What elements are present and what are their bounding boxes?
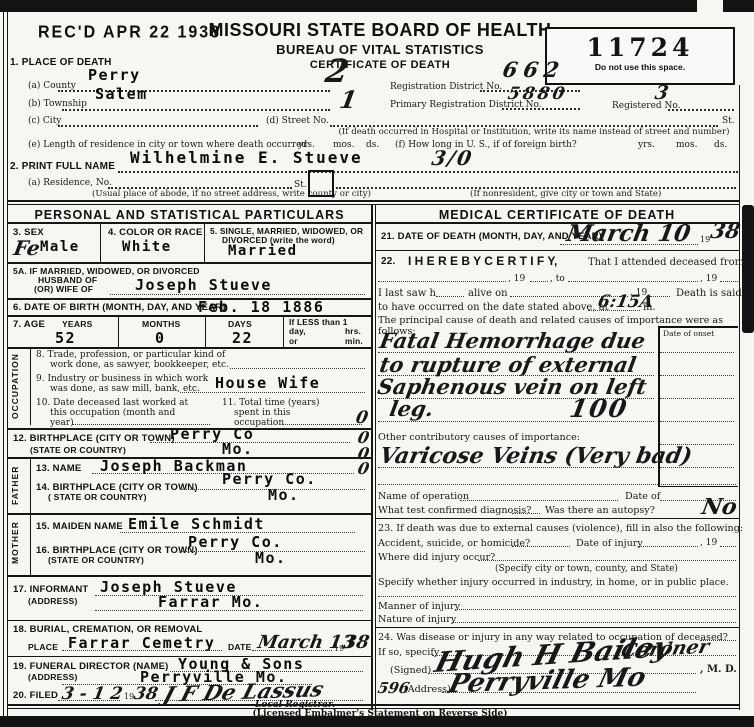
row5-rule (8, 262, 371, 264)
yrs2-label: yrs. (638, 140, 655, 150)
occ-row11-dotline (282, 424, 362, 425)
mother-side-label: MOTHER (10, 515, 28, 571)
mother-strip-divider (30, 513, 31, 575)
test-dotline (512, 513, 540, 514)
age-days-value: 22 (232, 329, 253, 347)
nature-dotline (452, 622, 736, 623)
father-strip-divider (30, 457, 31, 513)
township-dotline (62, 109, 330, 111)
m-label: m. (643, 302, 656, 313)
autopsy-label: Was there an autopsy? (545, 505, 655, 516)
certify-dotline-3 (568, 281, 698, 282)
header-separator-2 (8, 204, 739, 205)
dod-year-value: 38 (709, 218, 743, 243)
certify-dotline-1 (378, 281, 506, 282)
certify-dotline-4 (720, 281, 738, 282)
occ-row9-line2: was done, as saw mill, bank, etc. (50, 384, 200, 394)
accident-label: Accident, suicide, or homicide? (378, 538, 530, 549)
right-border (739, 85, 740, 710)
age-label: 7. AGE (13, 319, 45, 330)
informant-addr-value: Farrar Mo. (158, 593, 263, 611)
burial-place-label: PLACE (28, 642, 58, 652)
street-st-label: St. (722, 116, 735, 126)
q23-label: 23. If death was due to external causes … (378, 523, 743, 534)
bottom-rule-1 (8, 704, 739, 706)
injury-separator-dotline (378, 596, 736, 597)
primary-district-value: 5880 (506, 84, 569, 104)
last-saw-text: I last saw h (378, 288, 436, 299)
specify-city-note: (Specify city or town, county, and State… (495, 564, 678, 574)
name-dotline (118, 171, 738, 173)
certify-bold-text: I H E R E B Y C E R T I F Y, (408, 254, 557, 268)
certificate-number: 11724 (547, 33, 733, 62)
occ-row9-dotline (180, 392, 365, 393)
date-of-death-value: March 10 (565, 220, 693, 247)
occ-row10-line2: this occupation (month and (50, 408, 175, 418)
scan-edge-artifact (742, 205, 754, 333)
less-min-label: min. (345, 336, 363, 346)
race-marital-divider (204, 222, 205, 262)
operation-date-label: Date of (625, 491, 660, 502)
filed-year-value: 38 (132, 684, 159, 704)
primary-district-dotline (502, 108, 580, 110)
operation-dotline (460, 500, 618, 501)
mother-bp-state-label: (STATE OR COUNTRY) (48, 555, 144, 565)
township-value: Salem (95, 85, 148, 103)
sex-typed-value: Male (40, 239, 80, 255)
injury-date-label: Date of injury (576, 538, 643, 549)
death-certificate-scan: REC'D APR 22 1938 MISSOURI STATE BOARD O… (0, 0, 754, 727)
certify-19a: , 19 (508, 274, 525, 284)
occ-row8-line2: work done, as sawyer, bookkeeper, etc. (50, 360, 229, 370)
physician-address-value: Perryville Mo (445, 663, 649, 700)
father-bp-state-value: Mo. (268, 486, 300, 504)
embalmer-note: (Licensed Embalmer's Statement on Revers… (180, 709, 580, 719)
contributory-dotline-2 (378, 484, 736, 485)
occurred-text: to have occurred on the date stated abov… (378, 302, 609, 313)
street-label: (d) Street No. (266, 116, 329, 126)
ds1-label: ds. (366, 140, 379, 150)
onset-dotline-1 (660, 352, 734, 353)
where-injury-label: Where did injury occur? (378, 552, 495, 563)
autopsy-rule (376, 518, 739, 519)
months-label: MONTHS (142, 319, 180, 329)
township-label: (b) Township (28, 99, 87, 109)
age-div-2 (205, 315, 206, 347)
abode-note: (Usual place of abode, if no street addr… (92, 189, 371, 199)
occ-row11-line2: spent in this (234, 408, 290, 418)
hospital-note: (If death occurred in Hospital or Instit… (330, 127, 738, 137)
nonresident-note: (If nonresident, give city or town and S… (470, 189, 661, 199)
occurred-dotline (588, 310, 640, 311)
occ-row8-dotline (230, 368, 365, 369)
scan-top-band (0, 0, 754, 12)
nature-label: Nature of injury (378, 614, 456, 625)
cause-line-4: leg. (388, 396, 436, 421)
sex-race-divider (100, 222, 101, 262)
certify-dotline-2 (530, 281, 548, 282)
m5a-wife-label: (OR) WIFE OF (34, 284, 93, 294)
mos2-label: mos. (676, 140, 697, 150)
marital-value: Married (228, 243, 298, 259)
manner-dotline (455, 609, 736, 610)
informant-addr-label: (ADDRESS) (28, 596, 78, 606)
occ-row10-line3: year) (50, 418, 74, 428)
county-value: Perry (88, 66, 141, 84)
age-div-3 (283, 315, 284, 347)
fd-addr-label: (ADDRESS) (28, 672, 78, 682)
do-not-use-note: Do not use this space. (547, 62, 733, 72)
header-separator-1 (8, 200, 739, 202)
dob-label: 6. DATE OF BIRTH (MONTH, DAY, AND YEAR) (13, 302, 226, 313)
test-label: What test confirmed diagnosis? (378, 505, 531, 516)
occ-row11-line1: 11. Total time (years) (222, 398, 320, 408)
certify-rest-text: That I attended deceased from (588, 257, 744, 268)
ds2-label: ds. (714, 140, 727, 150)
injury-date-dotline (638, 546, 698, 547)
date-of-onset-label: Date of onset (663, 329, 714, 338)
mother-bp-state-value: Mo. (255, 549, 287, 567)
manner-label: Manner of injury (378, 601, 460, 612)
filed-dotline-1 (58, 700, 120, 701)
occ-row8-line1: 8. Trade, profession, or particular kind… (36, 350, 225, 360)
contributory-value: Varicose Veins (Very bad) (378, 443, 694, 469)
left-border-outer (3, 12, 4, 716)
signed-label: (Signed) (390, 665, 431, 676)
registered-no-dotline (668, 109, 734, 111)
dod-rule (376, 250, 739, 251)
mother-name-label: 15. MAIDEN NAME (36, 521, 123, 532)
injury-19-dotline (720, 546, 736, 547)
board-title: MISSOURI STATE BOARD OF HEALTH (190, 20, 570, 41)
city-dotline (58, 125, 258, 127)
burial-year-value: 38 (342, 632, 371, 653)
onset-dotline-3 (660, 398, 734, 399)
contributory-dotline-1 (378, 467, 654, 468)
father-bp-state-label: ( STATE OR COUNTRY) (48, 492, 147, 502)
age-div-1 (118, 315, 119, 347)
filed-date-value: 3 - 1 2 (60, 684, 124, 704)
years-label: YEARS (62, 319, 93, 329)
certify-to: , to (550, 274, 565, 284)
age-months-value: 0 (155, 329, 166, 347)
dob-value: Feb. 18 1886 (198, 298, 324, 316)
occupation-value: House Wife (215, 374, 320, 392)
if-so-label: If so, specify (378, 647, 439, 658)
injury-19-label: , 19 (700, 538, 717, 548)
cause-percent-value: 100 (567, 394, 630, 423)
injury-rule (376, 627, 739, 628)
spouse-value: Joseph Stueve (135, 276, 272, 294)
foreign-birth-label: (f) How long in U. S., if of foreign bir… (395, 140, 577, 150)
registration-district-value: 662 (501, 57, 567, 82)
specify-whether-label: Specify whether injury occurred in indus… (378, 577, 729, 588)
scan-top-notch (697, 0, 723, 12)
column-divider-2 (375, 205, 376, 710)
certificate-number-box: 11724 Do not use this space. (545, 27, 735, 85)
race-value: White (122, 239, 172, 255)
informant-label: 17. INFORMANT (13, 584, 88, 595)
less-or-label: or (289, 336, 298, 346)
father-side-label: FATHER (10, 459, 28, 511)
occupation-strip-divider (30, 347, 31, 425)
father-name-label: 13. NAME (36, 463, 81, 474)
age-years-value: 52 (55, 329, 76, 347)
where-injury-dotline (478, 560, 736, 561)
mother-rule (8, 575, 371, 577)
cause-line-1: Fatal Hemorrhage due (378, 328, 647, 353)
residence-no-label: (a) Residence, No. (28, 178, 112, 188)
certify-19b: , 19 (700, 274, 717, 284)
sex-hand-value: Fe (12, 236, 42, 260)
burial-place-dotline (62, 650, 222, 651)
autopsy-value: No (700, 494, 739, 520)
race-label: 4. COLOR OR RACE (108, 227, 203, 238)
days-label: DAYS (228, 319, 252, 329)
column-divider-1 (371, 205, 373, 710)
burial-date-label: DATE (228, 642, 252, 652)
hand-zero-4: 0 (356, 459, 370, 478)
hand-zero-1: 0 (354, 408, 369, 428)
md-label: , M. D. (700, 664, 737, 675)
mother-name-value: Emile Schmidt (128, 515, 265, 533)
contributory-label: Other contributory causes of importance: (378, 432, 580, 443)
burial-date-dotline (252, 650, 332, 651)
informant-rule (8, 620, 371, 621)
occ-row10-line1: 10. Date deceased last worked at (36, 398, 188, 408)
decedent-name-hand-suffix: 3/0 (430, 146, 475, 170)
alive-on-text: alive on (468, 288, 508, 299)
dod-dotline (560, 244, 698, 245)
less-hrs-label: hrs. (345, 326, 361, 336)
address-label: (Address) (404, 684, 451, 695)
accident-dotline (512, 546, 570, 547)
occ-row9-line1: 9. Industry or business in which work (36, 374, 208, 384)
operation-label: Name of operation (378, 491, 469, 502)
personal-title: PERSONAL AND STATISTICAL PARTICULARS (8, 208, 371, 222)
spouse-dotline (110, 294, 365, 295)
onset-dotline-2 (660, 375, 734, 376)
certify-number: 22. (381, 256, 396, 267)
lastsaw-dotline-1 (436, 296, 464, 297)
birthplace-state-label: (STATE OR COUNTRY) (30, 445, 126, 455)
left-border-inner (7, 12, 8, 716)
birthplace-state-value: Mo. (222, 440, 254, 458)
occupation-side-label: OCCUPATION (10, 349, 28, 423)
print-full-name-label: 2. PRINT FULL NAME (10, 161, 115, 172)
filed-label: 20. FILED (13, 690, 58, 701)
less-label-2: day, (289, 326, 306, 336)
informant-addr-dotline (95, 610, 363, 611)
death-said-text: Death is said (676, 288, 742, 299)
bureau-title: BUREAU OF VITAL STATISTICS (190, 42, 570, 57)
personal-title-rule (8, 222, 371, 224)
decedent-name-value: Wilhelmine E. Stueve (130, 148, 363, 167)
onset-dotline-4 (660, 421, 734, 422)
row7-rule (8, 347, 371, 349)
city-label: (c) City (28, 116, 61, 126)
hand-mark-1: 1 (337, 85, 359, 114)
